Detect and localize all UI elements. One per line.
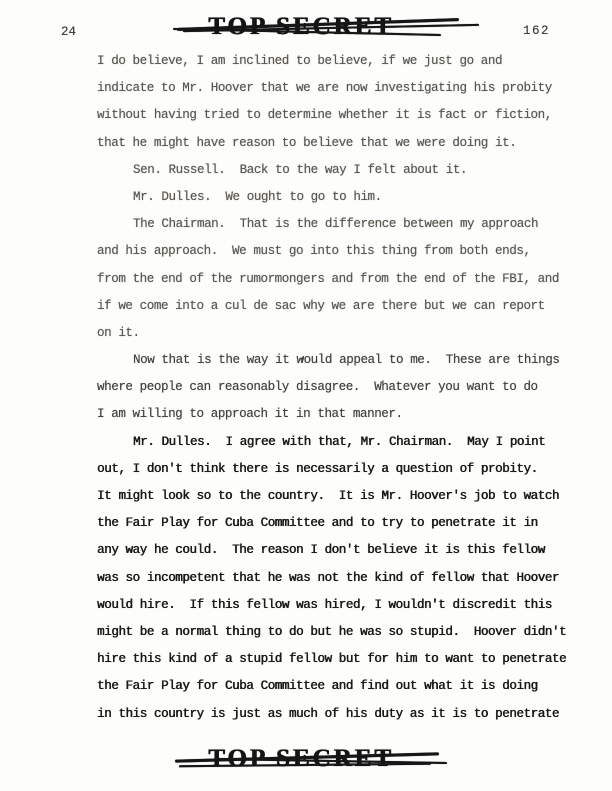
text-line: Sen. Russell. Back to the way I felt abo… [97, 157, 587, 184]
text-line: the Fair Play for Cuba Committee and to … [97, 510, 587, 537]
text-line: hire this kind of a stupid fellow but fo… [97, 646, 587, 673]
page-number-left: 24 [61, 25, 76, 39]
text-line: Now that is the way it would appeal to m… [97, 347, 587, 374]
text-line: The Chairman. That is the difference bet… [97, 211, 587, 238]
page-number-right: 162 [523, 24, 550, 38]
text-line: where people can reasonably disagree. Wh… [97, 374, 587, 401]
transcript-body: I do believe, I am inclined to believe, … [97, 48, 587, 728]
text-line: from the end of the rumormongers and fro… [97, 266, 587, 293]
top-secret-stamp-top: TOP SECRET [181, 13, 421, 41]
text-line: that he might have reason to believe tha… [97, 130, 587, 157]
text-line: It might look so to the country. It is M… [97, 483, 587, 510]
text-line: I do believe, I am inclined to believe, … [97, 48, 587, 75]
text-line: without having tried to determine whethe… [97, 102, 587, 129]
text-line: might be a normal thing to do but he was… [97, 619, 587, 646]
text-line: Mr. Dulles. I agree with that, Mr. Chair… [97, 429, 587, 456]
top-secret-stamp-bottom: TOP SECRET [181, 745, 421, 773]
text-line: the Fair Play for Cuba Committee and fin… [97, 673, 587, 700]
text-line: if we come into a cul de sac why we are … [97, 293, 587, 320]
text-line: on it. [97, 320, 587, 347]
text-line: in this country is just as much of his d… [97, 701, 587, 728]
text-line: any way he could. The reason I don't bel… [97, 537, 587, 564]
text-line: was so incompetent that he was not the k… [97, 565, 587, 592]
text-line: and his approach. We must go into this t… [97, 238, 587, 265]
text-line: out, I don't think there is necessarily … [97, 456, 587, 483]
text-line: I am willing to approach it in that mann… [97, 401, 587, 428]
text-line: indicate to Mr. Hoover that we are now i… [97, 75, 587, 102]
scanned-document-page: 24 TOP SECRET 162 I do believe, I am inc… [0, 0, 612, 791]
text-line: would hire. If this fellow was hired, I … [97, 592, 587, 619]
text-line: Mr. Dulles. We ought to go to him. [97, 184, 587, 211]
